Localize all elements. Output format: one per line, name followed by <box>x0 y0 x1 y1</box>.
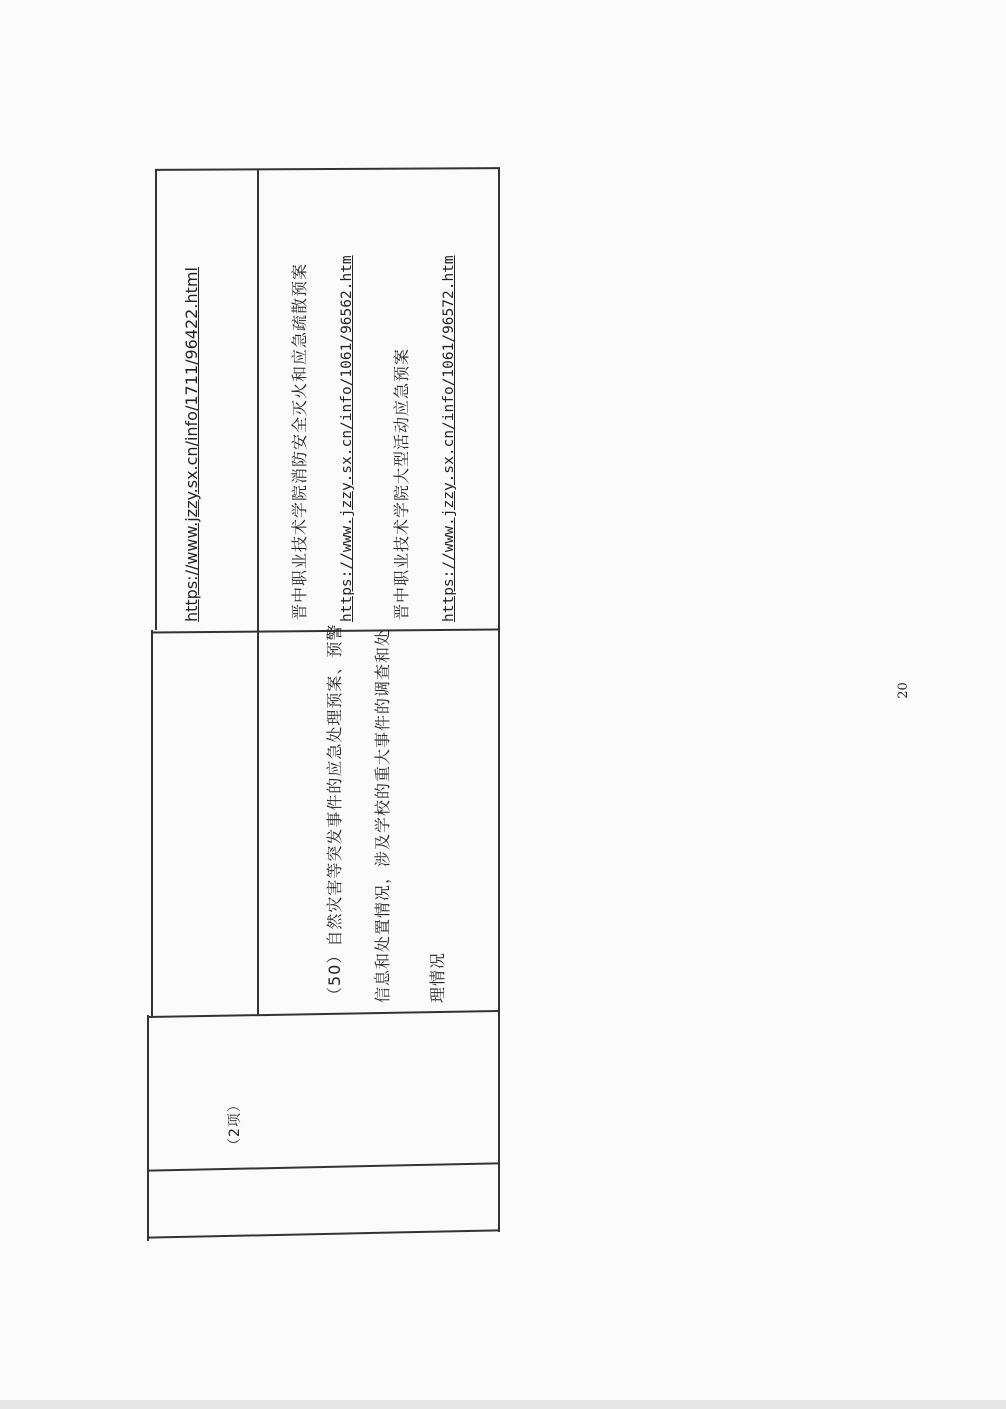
entry-title-fire-safety: 晋中职业技术学院消防安全灭火和应急疏散预案 <box>287 263 310 620</box>
item-50-description-line2: 信息和处置情况，涉及学校的重大事件的调查和处 <box>370 629 393 1003</box>
item-50-description-line1: （50）自然灾害等突发事件的应急处理预案、预警 <box>322 624 345 1003</box>
column-divider <box>257 170 259 1016</box>
table-border-top <box>155 167 500 170</box>
item-50-description-line3: 理情况 <box>425 952 448 1003</box>
row-divider-2 <box>148 1010 498 1018</box>
table-border-left <box>147 1015 149 1241</box>
page-number: 20 <box>896 682 911 699</box>
table-border-left-upper <box>155 170 157 630</box>
table-border-bottom <box>147 1229 499 1238</box>
scan-edge <box>0 1400 1006 1409</box>
link-url-96572[interactable]: https://www.jzzy.sx.cn/info/1061/96572.h… <box>441 255 457 622</box>
row-divider-3 <box>148 1162 498 1171</box>
entry-title-large-events: 晋中职业技术学院大型活动应急预案 <box>389 348 412 620</box>
group-count-label: （2项） <box>224 1097 244 1152</box>
scanned-page: https://www.jzzy.sx.cn/info/1711/96422.h… <box>0 0 1006 1400</box>
table-border-left-mid <box>151 630 153 1016</box>
table-border-right <box>498 168 500 1232</box>
link-url-96562[interactable]: https://www.jzzy.sx.cn/info/1061/96562.h… <box>339 255 355 622</box>
link-url-96422[interactable]: https://www.jzzy.sx.cn/info/1711/96422.h… <box>182 267 201 622</box>
